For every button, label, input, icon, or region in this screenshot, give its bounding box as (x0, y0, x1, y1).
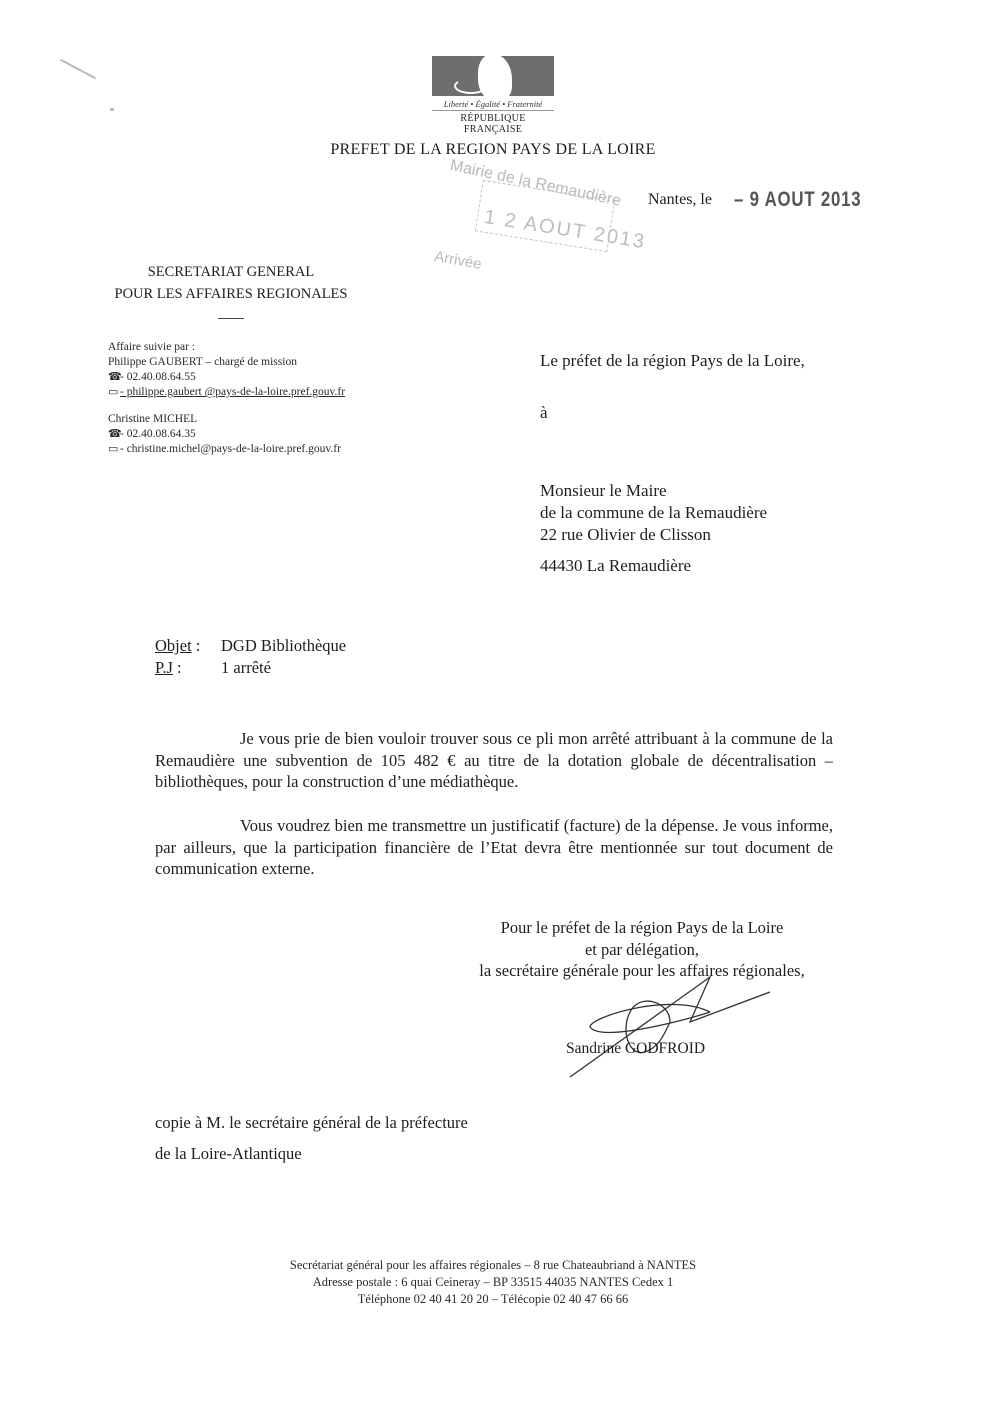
recipient-address: Monsieur le Maire de la commune de la Re… (540, 480, 767, 577)
received-stamp-label: Arrivée (433, 248, 483, 273)
pj-value: 1 arrêté (221, 658, 271, 677)
copy-line: copie à M. le secrétaire général de la p… (155, 1107, 468, 1138)
signature-line: Pour le préfet de la région Pays de la L… (430, 917, 854, 939)
body-paragraph: Je vous prie de bien vouloir trouver sou… (155, 728, 833, 793)
recipient-line: 44430 La Remaudière (540, 555, 767, 577)
recipient-line: Monsieur le Maire (540, 480, 767, 502)
contact-name: Philippe GAUBERT – chargé de mission (108, 355, 345, 370)
sender-department: SECRETARIAT GENERAL POUR LES AFFAIRES RE… (100, 261, 362, 305)
copy-line: de la Loire-Atlantique (155, 1138, 468, 1169)
signature-line: et par délégation, (430, 939, 854, 961)
contact-email[interactable]: - philippe.gaubert @pays-de-la-loire.pre… (120, 386, 345, 398)
handwritten-signature (560, 972, 780, 1082)
subject-block: Objet :DGD Bibliothèque P.J :1 arrêté (155, 635, 346, 679)
contacts-intro: Affaire suivie par : (108, 340, 345, 355)
scan-mark (60, 59, 96, 80)
phone-icon: ☎ (108, 427, 120, 442)
phone-icon: ☎ (108, 370, 120, 385)
objet-value: DGD Bibliothèque (221, 636, 346, 655)
footer-line: Adresse postale : 6 quai Ceineray – BP 3… (0, 1274, 986, 1291)
footer-line: Secrétariat général pour les affaires ré… (0, 1257, 986, 1274)
department-line: SECRETARIAT GENERAL (100, 261, 362, 283)
contacts-block: Affaire suivie par : Philippe GAUBERT – … (108, 340, 345, 457)
contact-phone: - 02.40.08.64.35 (120, 428, 196, 440)
logo-motto: Liberté • Égalité • Fraternité (432, 99, 554, 111)
marianne-logo: Liberté • Égalité • Fraternité RÉPUBLIQU… (432, 56, 554, 128)
from-line: Le préfet de la région Pays de la Loire, (540, 350, 805, 372)
recipient-line: de la commune de la Remaudière (540, 502, 767, 524)
footer: Secrétariat général pour les affaires ré… (0, 1257, 986, 1308)
scan-mark (110, 108, 114, 111)
logo-republic: RÉPUBLIQUE FRANÇAISE (432, 113, 554, 135)
contact-email[interactable]: - christine.michel@pays-de-la-loire.pref… (120, 443, 341, 455)
signer-name: Sandrine GODFROID (566, 1040, 705, 1058)
computer-icon: ▭ (108, 442, 120, 457)
footer-line: Téléphone 02 40 41 20 20 – Télécopie 02 … (0, 1291, 986, 1308)
date-stamp: – 9 AOUT 2013 (734, 188, 861, 212)
recipient-line: 22 rue Olivier de Clisson (540, 524, 767, 546)
computer-icon: ▭ (108, 385, 120, 400)
objet-label: Objet (155, 636, 192, 655)
letterhead-title: PREFET DE LA REGION PAYS DE LA LOIRE (0, 141, 986, 159)
copy-to: copie à M. le secrétaire général de la p… (155, 1107, 468, 1169)
place-prefix: Nantes, le (648, 191, 712, 209)
contact-phone: - 02.40.08.64.55 (120, 371, 196, 383)
pj-label: P.J (155, 658, 173, 677)
body-paragraph: Vous voudrez bien me transmettre un just… (155, 815, 833, 880)
marianne-icon (432, 56, 554, 96)
contact-name: Christine MICHEL (108, 412, 345, 427)
department-line: POUR LES AFFAIRES REGIONALES (100, 283, 362, 305)
divider (218, 318, 244, 319)
to-word: à (540, 402, 548, 424)
